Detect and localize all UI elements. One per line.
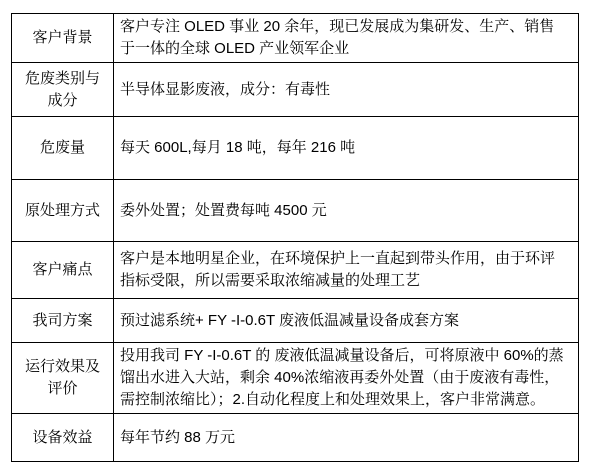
row-label: 运行效果及评价: [12, 343, 114, 414]
table-row: 运行效果及评价投用我司 FY -I-0.6T 的 废液低温减量设备后，可将原液中…: [12, 343, 579, 414]
row-content: 每年节约 88 万元: [114, 414, 579, 462]
table-row: 原处理方式委外处置；处置费每吨 4500 元: [12, 180, 579, 242]
row-content: 客户是本地明星企业，在环境保护上一直起到带头作用，由于环评指标受限，所以需要采取…: [114, 242, 579, 299]
table-row: 危废量每天 600L,每月 18 吨，每年 216 吨: [12, 117, 579, 180]
row-label: 危废量: [12, 117, 114, 180]
row-label: 我司方案: [12, 299, 114, 343]
table-row: 客户背景客户专注 OLED 事业 20 余年，现已发展成为集研发、生产、销售于一…: [12, 14, 579, 63]
row-label: 客户痛点: [12, 242, 114, 299]
table-row: 客户痛点客户是本地明星企业，在环境保护上一直起到带头作用，由于环评指标受限，所以…: [12, 242, 579, 299]
page-background: 客户背景客户专注 OLED 事业 20 余年，现已发展成为集研发、生产、销售于一…: [0, 0, 589, 467]
row-label: 设备效益: [12, 414, 114, 462]
row-content: 投用我司 FY -I-0.6T 的 废液低温减量设备后，可将原液中 60%的蒸馏…: [114, 343, 579, 414]
row-label: 客户背景: [12, 14, 114, 63]
table-row: 设备效益每年节约 88 万元: [12, 414, 579, 462]
table-row: 危废类别与成分半导体显影废液，成分：有毒性: [12, 63, 579, 117]
row-content: 委外处置；处置费每吨 4500 元: [114, 180, 579, 242]
row-content: 预过滤系统+ FY -I-0.6T 废液低温减量设备成套方案: [114, 299, 579, 343]
row-content: 客户专注 OLED 事业 20 余年，现已发展成为集研发、生产、销售于一体的全球…: [114, 14, 579, 63]
table-body: 客户背景客户专注 OLED 事业 20 余年，现已发展成为集研发、生产、销售于一…: [12, 14, 579, 462]
row-content: 每天 600L,每月 18 吨，每年 216 吨: [114, 117, 579, 180]
row-content: 半导体显影废液，成分：有毒性: [114, 63, 579, 117]
row-label: 原处理方式: [12, 180, 114, 242]
table-row: 我司方案预过滤系统+ FY -I-0.6T 废液低温减量设备成套方案: [12, 299, 579, 343]
case-summary-table: 客户背景客户专注 OLED 事业 20 余年，现已发展成为集研发、生产、销售于一…: [11, 13, 579, 462]
row-label: 危废类别与成分: [12, 63, 114, 117]
